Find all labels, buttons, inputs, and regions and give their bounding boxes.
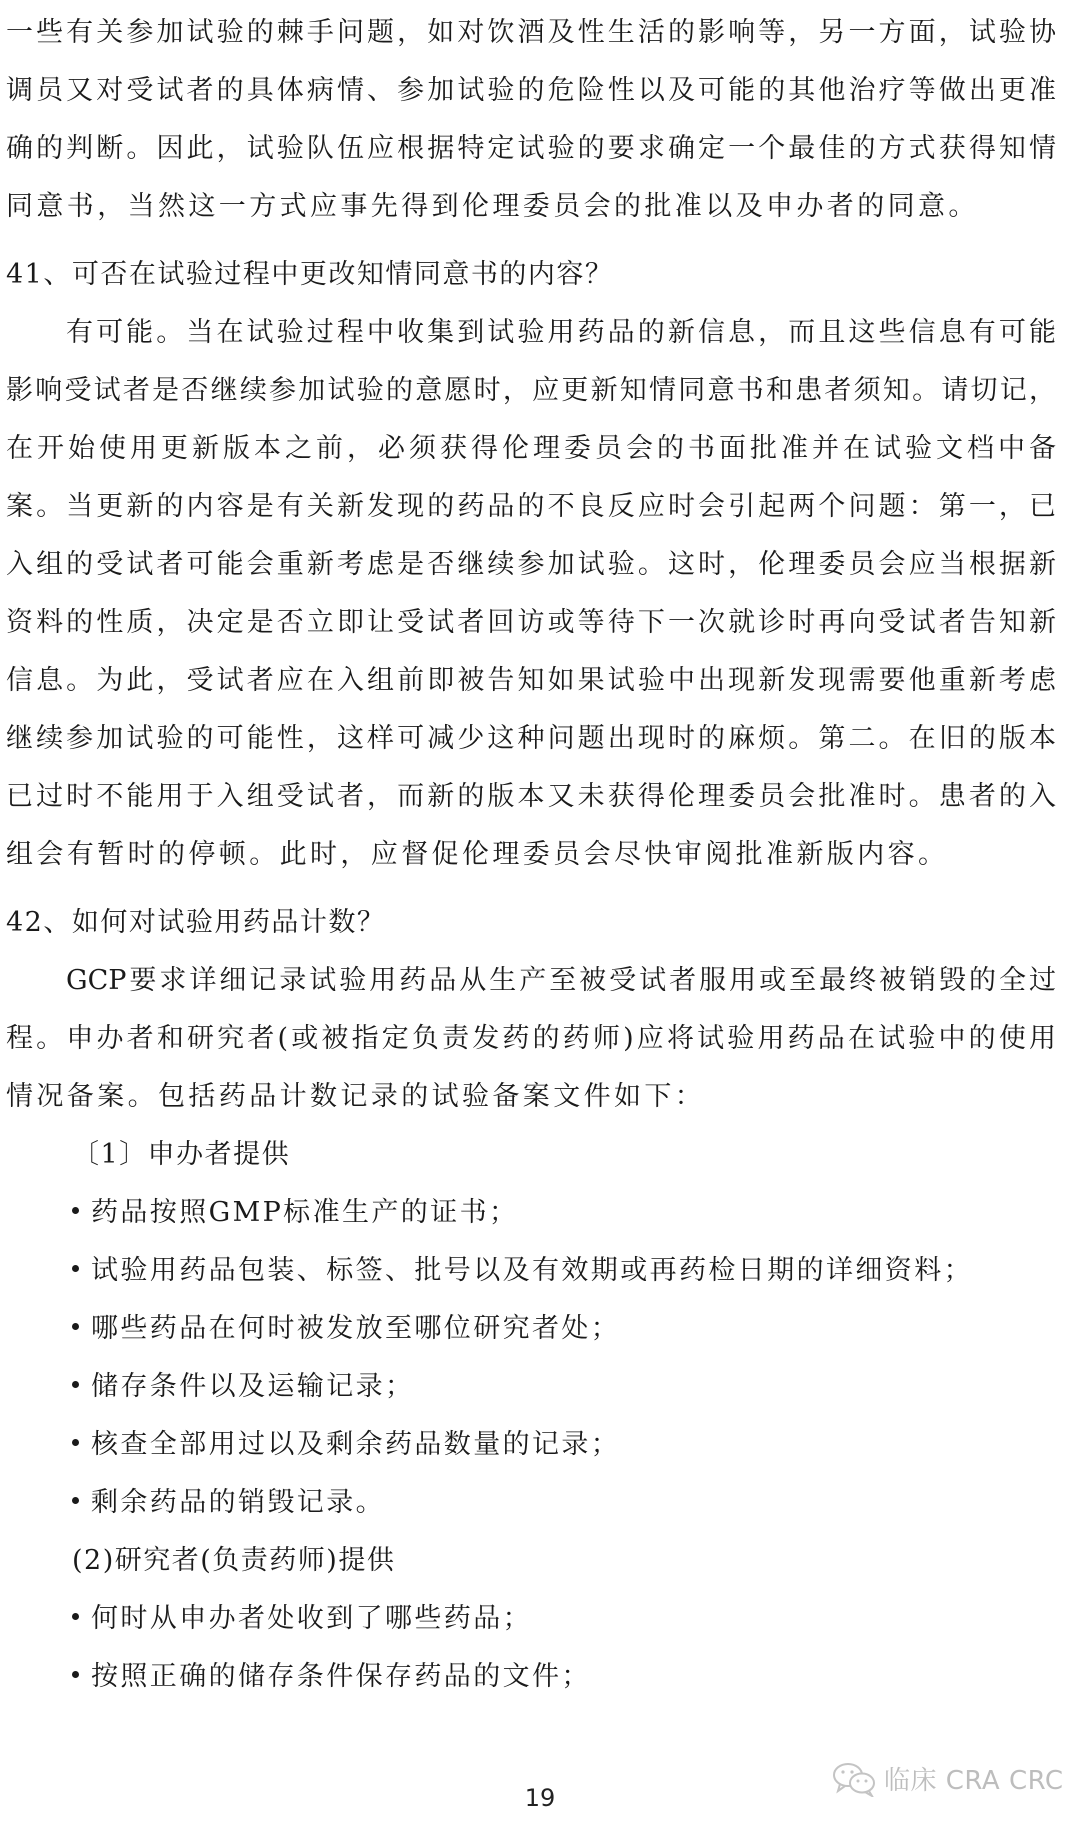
list-item: 剩余药品的销毁记录。 [72, 1486, 385, 1520]
list-item-text: 按照正确的储存条件保存药品的文件； [91, 1661, 591, 1692]
list-item: 储存条件以及运输记录； [72, 1370, 414, 1404]
list-item-text: 储存条件以及运输记录； [91, 1371, 414, 1402]
bullet-icon [72, 1671, 79, 1678]
bullet-icon [72, 1497, 79, 1504]
list-item: 哪些药品在何时被发放至哪位研究者处； [72, 1312, 620, 1346]
paragraph-line: 入组的受试者可能会重新考虑是否继续参加试验。这时，伦理委员会应当根据新 [6, 548, 1056, 582]
investigator-subheading: (2)研究者(负责药师)提供 [72, 1544, 1080, 1578]
document-page: 一些有关参加试验的棘手问题，如对饮酒及性生活的影响等，另一方面，试验协 调员又对… [0, 0, 1080, 1827]
paragraph-line: 继续参加试验的可能性，这样可减少这种问题出现时的麻烦。第二。在旧的版本 [6, 722, 1056, 756]
bullet-icon [72, 1613, 79, 1620]
list-item: 何时从申办者处收到了哪些药品； [72, 1602, 532, 1636]
paragraph-line: 影响受试者是否继续参加试验的意愿时，应更新知情同意书和患者须知。请切记， [6, 374, 1056, 408]
paragraph-line: 确的判断。因此，试验队伍应根据特定试验的要求确定一个最佳的方式获得知情 [6, 132, 1056, 166]
bullet-icon [72, 1323, 79, 1330]
section-heading-q41: 41、可否在试验过程中更改知情同意书的内容？ [6, 258, 1066, 292]
paragraph-line: 同意书，当然这一方式应事先得到伦理委员会的批准以及申办者的同意。 [6, 190, 1066, 224]
list-item: 药品按照GMP标准生产的证书； [72, 1196, 518, 1230]
paragraph-line: 调员又对受试者的具体病情、参加试验的危险性以及可能的其他治疗等做出更准 [6, 74, 1056, 108]
paragraph-line: GCP要求详细记录试验用药品从生产至被受试者服用或至最终被销毁的全过 [66, 964, 1056, 998]
list-item: 核查全部用过以及剩余药品数量的记录； [72, 1428, 620, 1462]
bullet-icon [72, 1265, 79, 1272]
bullet-icon [72, 1439, 79, 1446]
paragraph-line: 已过时不能用于入组受试者，而新的版本又未获得伦理委员会批准时。患者的入 [6, 780, 1056, 814]
paragraph-line: 程。申办者和研究者(或被指定负责发药的药师)应将试验用药品在试验中的使用 [6, 1022, 1056, 1056]
paragraph-line: 在开始使用更新版本之前，必须获得伦理委员会的书面批准并在试验文档中备 [6, 432, 1056, 466]
bullet-icon [72, 1381, 79, 1388]
sponsor-subheading: 〔1〕申办者提供 [72, 1138, 1080, 1172]
list-item-text: 哪些药品在何时被发放至哪位研究者处； [91, 1313, 620, 1344]
paragraph-line: 案。当更新的内容是有关新发现的药品的不良反应时会引起两个问题：第一，已 [6, 490, 1056, 524]
list-item-text: 试验用药品包装、标签、批号以及有效期或再药检日期的详细资料； [91, 1255, 973, 1286]
list-item: 按照正确的储存条件保存药品的文件； [72, 1660, 591, 1694]
paragraph-line: 一些有关参加试验的棘手问题，如对饮酒及性生活的影响等，另一方面，试验协 [6, 16, 1056, 50]
paragraph-line: 组会有暂时的停顿。此时，应督促伦理委员会尽快审阅批准新版内容。 [6, 838, 1066, 872]
page-number: 19 [0, 1784, 1080, 1812]
bullet-icon [72, 1207, 79, 1214]
list-item-text: 药品按照GMP标准生产的证书； [91, 1197, 518, 1228]
list-item-text: 剩余药品的销毁记录。 [91, 1487, 385, 1518]
section-heading-q42: 42、如何对试验用药品计数？ [6, 906, 1066, 940]
paragraph-line: 信息。为此，受试者应在入组前即被告知如果试验中出现新发现需要他重新考虑 [6, 664, 1056, 698]
list-item-text: 何时从申办者处收到了哪些药品； [91, 1603, 532, 1634]
paragraph-line: 情况备案。包括药品计数记录的试验备案文件如下： [6, 1080, 1066, 1114]
paragraph-line: 有可能。当在试验过程中收集到试验用药品的新信息，而且这些信息有可能 [66, 316, 1056, 350]
list-item: 试验用药品包装、标签、批号以及有效期或再药检日期的详细资料； [72, 1254, 973, 1288]
paragraph-line: 资料的性质，决定是否立即让受试者回访或等待下一次就诊时再向受试者告知新 [6, 606, 1056, 640]
list-item-text: 核查全部用过以及剩余药品数量的记录； [91, 1429, 620, 1460]
